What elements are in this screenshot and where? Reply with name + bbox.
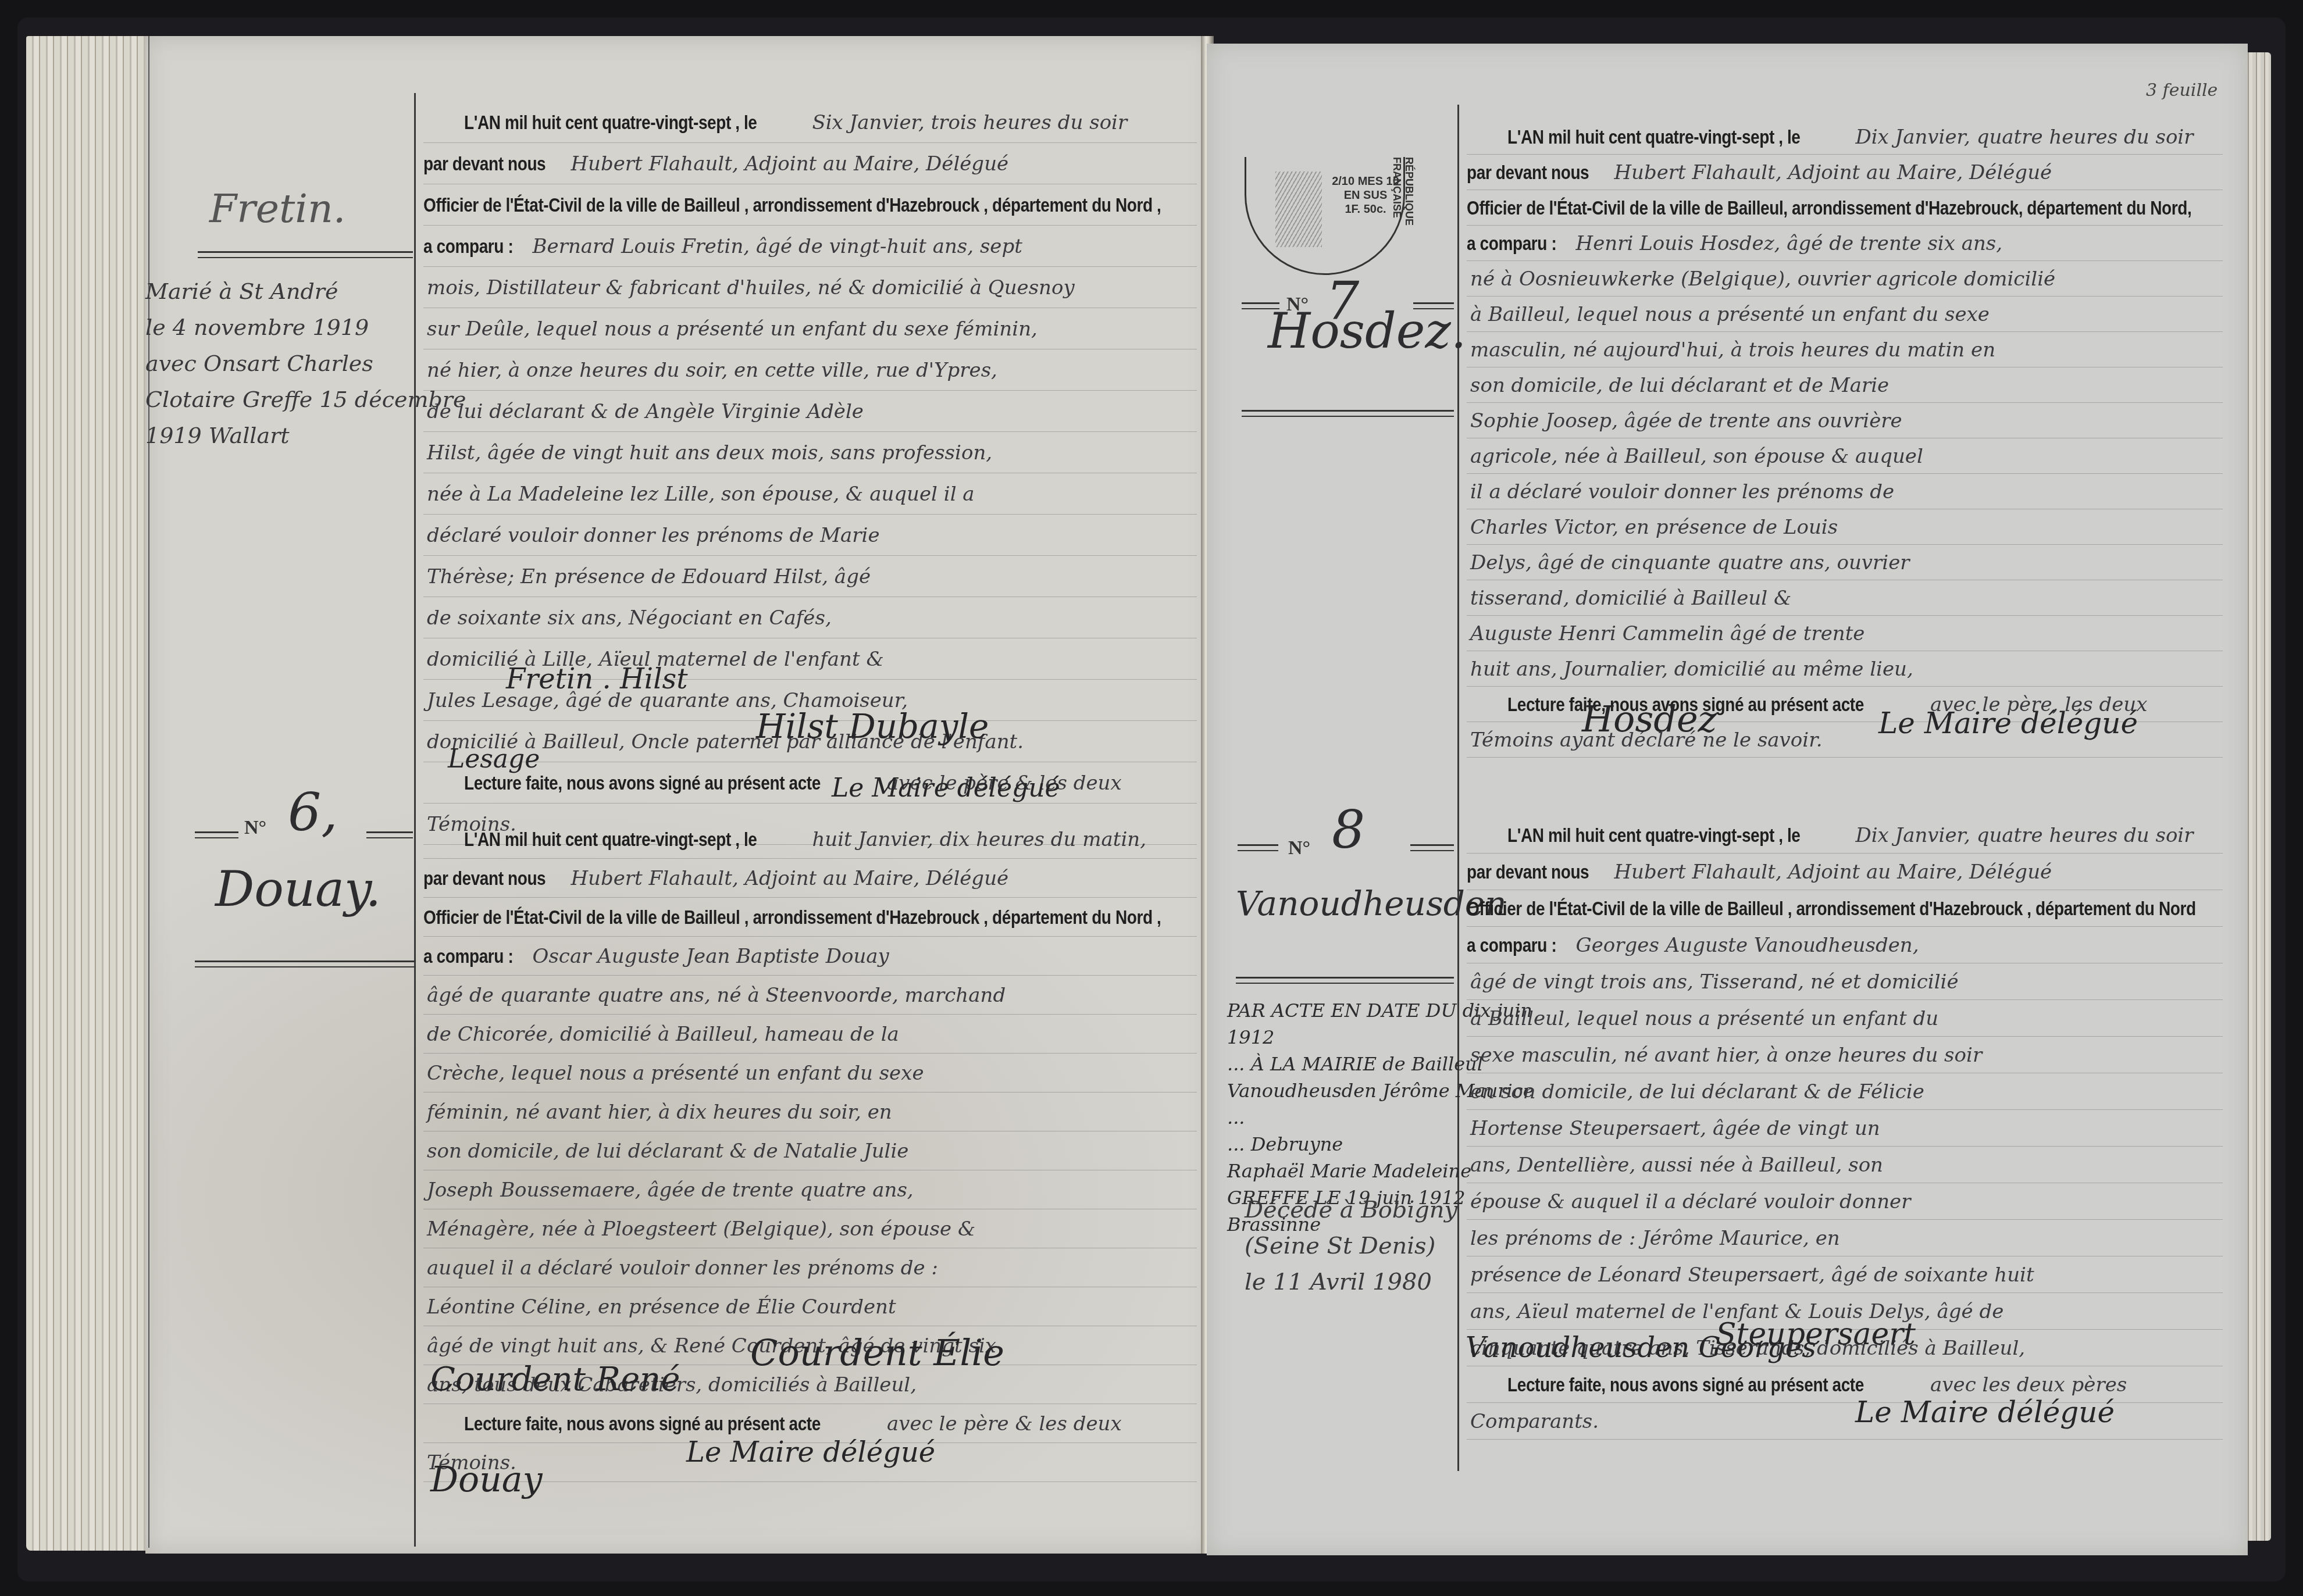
act-line: Hilst, âgée de vingt huit ans deux mois,… [423, 432, 1197, 473]
signature-officer: Le Maire délégué [832, 773, 1060, 803]
page-edge-rule [148, 36, 149, 1548]
margin-rule-double [1242, 410, 1454, 417]
act-line: huit ans, Journalier, domicilié au même … [1467, 651, 2223, 687]
act-line: présence de Léonard Steupersaert, âgé de… [1467, 1256, 2223, 1293]
act-line: L'AN mil huit cent quatre-vingt-sept , l… [423, 820, 1197, 859]
act-line: par devant nousHubert Flahault, Adjoint … [423, 859, 1197, 898]
act-line: à Bailleul, lequel nous a présenté un en… [1467, 297, 2223, 332]
act-line: âgé de vingt trois ans, Tisserand, né et… [1467, 963, 2223, 1000]
birth-act-hosdez: L'AN mil huit cent quatre-vingt-sept , l… [1467, 119, 2223, 758]
act-line: a comparu :Oscar Auguste Jean Baptiste D… [423, 937, 1197, 976]
act-number: 6, [288, 782, 338, 843]
act-line: par devant nousHubert Flahault, Adjoint … [1467, 155, 2223, 190]
signature-father-witness: Fretin . Hilst [506, 663, 687, 695]
act-line: L'AN mil huit cent quatre-vingt-sept , l… [1467, 119, 2223, 155]
stamp-figure-icon [1275, 172, 1322, 247]
act-line: de lui déclarant & de Angèle Virginie Ad… [423, 391, 1197, 432]
act-line: L'AN mil huit cent quatre-vingt-sept , l… [423, 102, 1197, 143]
act-line: de soixante six ans, Négociant en Cafés, [423, 597, 1197, 638]
act-line: les prénoms de : Jérôme Maurice, en [1467, 1220, 2223, 1256]
act-line: a comparu :Bernard Louis Fretin, âgé de … [423, 226, 1197, 267]
margin-rule-double [195, 961, 416, 967]
act-line: masculin, né aujourd'hui, à trois heures… [1467, 332, 2223, 367]
signature-father: Hosdez [1582, 698, 1717, 740]
act-line: tisserand, domicilié à Bailleul & [1467, 580, 2223, 616]
act-line: à Bailleul, lequel nous a présenté un en… [1467, 1000, 2223, 1037]
act-line: Delys, âgé de cinquante quatre ans, ouvr… [1467, 545, 2223, 580]
act-line: agricole, née à Bailleul, son épouse & a… [1467, 438, 2223, 474]
act-line: déclaré vouloir donner les prénoms de Ma… [423, 515, 1197, 556]
act-line: par devant nousHubert Flahault, Adjoint … [423, 143, 1197, 184]
act-line: L'AN mil huit cent quatre-vingt-sept , l… [1467, 817, 2223, 854]
margin-rule-double [1236, 977, 1454, 984]
act-line: née à La Madeleine lez Lille, son épouse… [423, 473, 1197, 515]
act-line: son domicile, de lui déclarant & de Nata… [423, 1131, 1197, 1170]
margin-surname: Vanoudheusden [1236, 884, 1507, 923]
act-number: 8 [1332, 799, 1365, 861]
act-line: Charles Victor, en présence de Louis [1467, 509, 2223, 545]
number-label: N° [244, 817, 266, 839]
signature-officer: Le Maire délégué [686, 1436, 935, 1469]
act-line: de Chicorée, domicilié à Bailleul, hamea… [423, 1015, 1197, 1054]
margin-rule-double [198, 251, 413, 258]
signature-witness: Courdent René [430, 1361, 680, 1398]
margin-surname: Hosdez. [1268, 302, 1466, 359]
number-label: N° [1288, 837, 1310, 859]
act-line: Officier de l'État-Civil de la ville de … [423, 898, 1197, 937]
act-line: Officier de l'État-Civil de la ville de … [423, 184, 1197, 226]
margin-rule-double [1410, 844, 1454, 851]
act-line: ans, Dentellière, aussi née à Bailleul, … [1467, 1147, 2223, 1183]
act-line: a comparu :Henri Louis Hosdez, âgé de tr… [1467, 226, 2223, 261]
act-line: sur Deûle, lequel nous a présenté un enf… [423, 308, 1197, 349]
margin-rule-double [1238, 844, 1278, 851]
act-line: Joseph Boussemaere, âgée de trente quatr… [423, 1170, 1197, 1209]
act-line: Ménagère, née à Ploegsteert (Belgique), … [423, 1209, 1197, 1248]
act-line: âgé de quarante quatre ans, né à Steenvo… [423, 976, 1197, 1015]
act-line: sexe masculin, né avant hier, à onze heu… [1467, 1037, 2223, 1073]
act-line: Hortense Steupersaert, âgée de vingt un [1467, 1110, 2223, 1147]
folio-number: 3 feuille [2146, 80, 2218, 101]
act-line: a comparu :Georges Auguste Vanoudheusden… [1467, 927, 2223, 963]
marriage-annotation: Marié à St André le 4 novembre 1919 avec… [145, 273, 466, 454]
act-line: il a déclaré vouloir donner les prénoms … [1467, 474, 2223, 509]
signature-witness: Steupersaert [1716, 1317, 1916, 1352]
act-line: auquel il a déclaré vouloir donner les p… [423, 1248, 1197, 1287]
margin-surname: Douay. [215, 861, 381, 917]
act-line: Officier de l'État-Civil de la ville de … [1467, 190, 2223, 226]
act-line: Léontine Céline, en présence de Élie Cou… [423, 1287, 1197, 1326]
signature-witness: Lesage [448, 744, 540, 774]
signature-officer: Le Maire délégué [1855, 1395, 2115, 1429]
act-line: son domicile, de lui déclarant et de Mar… [1467, 367, 2223, 403]
signature-father: Douay [430, 1459, 543, 1500]
margin-rule-double [195, 831, 238, 838]
act-line: né à Oosnieuwkerke (Belgique), ouvrier a… [1467, 261, 2223, 297]
act-line: en son domicile, de lui déclarant & de F… [1467, 1073, 2223, 1110]
act-line: Officier de l'État-Civil de la ville de … [1467, 890, 2223, 927]
act-line: Auguste Henri Cammelin âgé de trente [1467, 616, 2223, 651]
act-line: Thérèse; En présence de Edouard Hilst, â… [423, 556, 1197, 597]
act-line: épouse & auquel il a déclaré vouloir don… [1467, 1183, 2223, 1220]
act-line: Crèche, lequel nous a présenté un enfant… [423, 1054, 1197, 1092]
act-line: né hier, à onze heures du soir, en cette… [423, 349, 1197, 391]
act-line: féminin, né avant hier, à dix heures du … [423, 1092, 1197, 1131]
stamp-arc-text: RÉPUBLIQUE FRANÇAISE [1391, 157, 1415, 273]
margin-rule-double [366, 831, 413, 838]
act-line: mois, Distillateur & fabricant d'huiles,… [423, 267, 1197, 308]
act-line: Sophie Joosep, âgée de trente ans ouvriè… [1467, 403, 2223, 438]
signature-witness: Hilst Dubayle [756, 706, 989, 746]
signature-officer: Le Maire délégué [1878, 706, 2138, 740]
margin-surname: Fretin. [209, 186, 345, 232]
act-line: par devant nousHubert Flahault, Adjoint … [1467, 854, 2223, 890]
page-edges-left [26, 36, 160, 1551]
signature-witness: Courdent Élie [750, 1331, 1004, 1374]
death-annotation: Décédé à Bobigny (Seine St Denis) le 11 … [1245, 1192, 1457, 1300]
